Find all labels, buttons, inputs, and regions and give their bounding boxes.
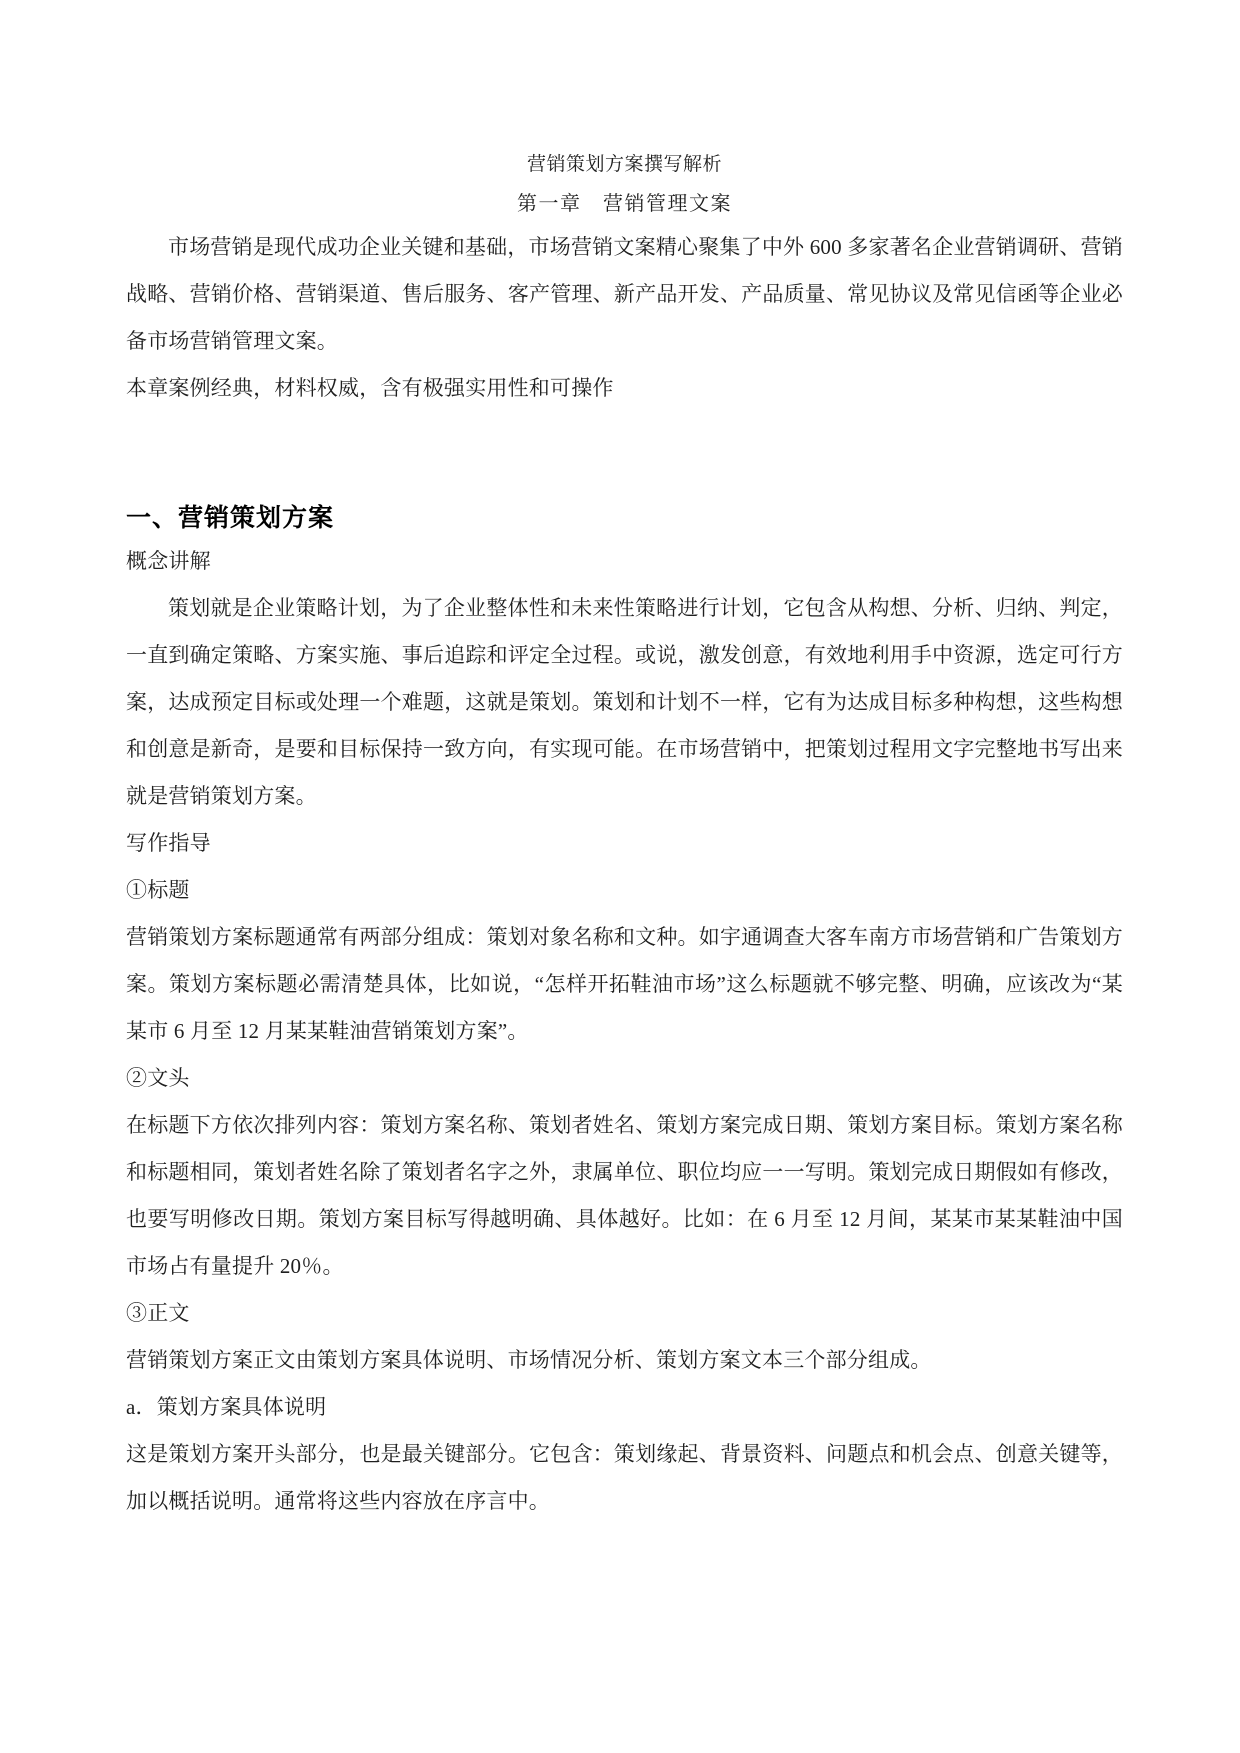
writing-guide-item1-label: ①标题 bbox=[126, 867, 1123, 914]
writing-guide-item1-text: 营销策划方案标题通常有两部分组成：策划对象名称和文种。如宇通调查大客车南方市场营… bbox=[126, 914, 1123, 1055]
writing-guide-item3-text: 营销策划方案正文由策划方案具体说明、市场情况分析、策划方案文本三个部分组成。 bbox=[126, 1337, 1123, 1384]
section-heading: 一、营销策划方案 bbox=[126, 498, 1123, 538]
intro-paragraph: 市场营销是现代成功企业关键和基础，市场营销文案精心聚集了中外 600 多家著名企… bbox=[126, 224, 1123, 365]
writing-guide-item3-label: ③正文 bbox=[126, 1290, 1123, 1337]
document-page: 营销策划方案撰写解析 第一章 营销管理文案 市场营销是现代成功企业关键和基础，市… bbox=[0, 0, 1240, 1753]
writing-guide-label: 写作指导 bbox=[126, 820, 1123, 867]
sub-item-a-text: 这是策划方案开头部分，也是最关键部分。它包含：策划缘起、背景资料、问题点和机会点… bbox=[126, 1431, 1123, 1525]
concept-label: 概念讲解 bbox=[126, 538, 1123, 585]
chapter-heading: 第一章 营销管理文案 bbox=[126, 184, 1123, 224]
concept-text: 策划就是企业策略计划，为了企业整体性和未来性策略进行计划，它包含从构想、分析、归… bbox=[126, 585, 1123, 820]
writing-guide-item2-text: 在标题下方依次排列内容：策划方案名称、策划者姓名、策划方案完成日期、策划方案目标… bbox=[126, 1102, 1123, 1290]
writing-guide-item2-label: ②文头 bbox=[126, 1055, 1123, 1102]
intro-note: 本章案例经典，材料权威，含有极强实用性和可操作 bbox=[126, 365, 1123, 412]
sub-item-a-label: a．策划方案具体说明 bbox=[126, 1384, 1123, 1431]
document-title: 营销策划方案撰写解析 bbox=[126, 146, 1123, 184]
